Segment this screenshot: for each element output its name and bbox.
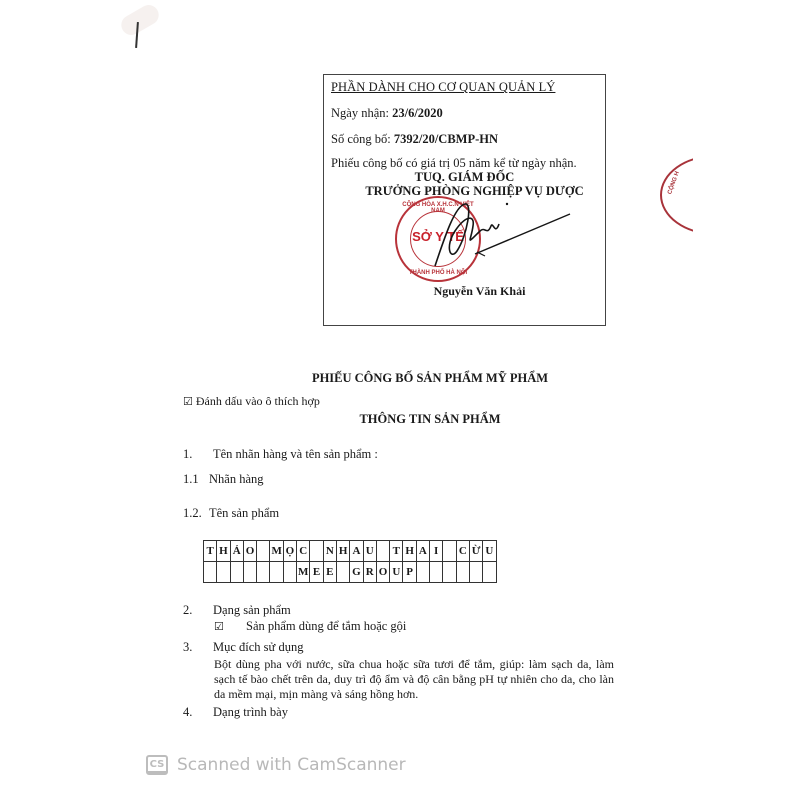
grid-cell: E xyxy=(323,562,336,583)
item-number: 1.1 xyxy=(183,472,209,487)
grid-cell xyxy=(483,562,496,583)
grid-cell xyxy=(310,541,323,562)
item-3: 3.Mục đích sử dụng xyxy=(183,640,303,655)
camscanner-text: Scanned with CamScanner xyxy=(177,755,406,775)
grid-cell: A xyxy=(416,541,429,562)
validity-note: Phiếu công bố có giá trị 05 năm kể từ ng… xyxy=(331,156,577,171)
camscanner-logo-icon: CS xyxy=(146,755,168,775)
checked-box-icon: ☑ xyxy=(214,620,246,633)
grid-cell xyxy=(456,562,469,583)
received-date-value: 23/6/2020 xyxy=(392,106,443,120)
grid-cell xyxy=(443,562,456,583)
signatory-title-1: TUQ. GIÁM ĐỐC xyxy=(323,170,606,185)
grid-cell xyxy=(430,562,443,583)
admin-section-title: PHẦN DÀNH CHO CƠ QUAN QUẢN LÝ xyxy=(331,80,555,95)
item-2: 2.Dạng sản phẩm xyxy=(183,603,291,618)
purpose-text: Bột dùng pha với nước, sữa chua hoặc sữa… xyxy=(214,657,614,702)
grid-cell: U xyxy=(483,541,496,562)
grid-cell xyxy=(416,562,429,583)
item-number: 4. xyxy=(183,705,213,720)
received-date: Ngày nhận: 23/6/2020 xyxy=(331,106,443,121)
grid-cell: A xyxy=(350,541,363,562)
item-4: 4.Dạng trình bày xyxy=(183,705,288,720)
item-number: 2. xyxy=(183,603,213,618)
grid-row: THẢOMỌCNHAUTHAICỪU xyxy=(204,541,497,562)
product-type-option: ☑Sản phẩm dùng để tắm hoặc gội xyxy=(214,619,406,634)
signature-icon xyxy=(395,196,575,276)
grid-cell: O xyxy=(243,541,256,562)
grid-cell: U xyxy=(363,541,376,562)
grid-cell: Ả xyxy=(230,541,243,562)
grid-cell xyxy=(257,541,270,562)
grid-cell: H xyxy=(336,541,349,562)
item-number: 1. xyxy=(183,447,213,462)
product-name-grid: THẢOMỌCNHAUTHAICỪUMEEGROUP xyxy=(203,540,497,583)
publication-number-value: 7392/20/CBMP-HN xyxy=(394,132,498,146)
camscanner-watermark: CS Scanned with CamScanner xyxy=(146,755,406,775)
grid-cell xyxy=(204,562,217,583)
item-label: Tên nhãn hàng và tên sản phẩm : xyxy=(213,447,378,461)
document-title: PHIẾU CÔNG BỐ SẢN PHẨM MỸ PHẨM xyxy=(0,371,800,386)
item-number: 1.2. xyxy=(183,506,209,521)
grid-cell xyxy=(336,562,349,583)
partial-side-stamp xyxy=(660,155,770,235)
checked-box-icon: ☑ xyxy=(183,395,193,408)
grid-cell xyxy=(243,562,256,583)
grid-cell: Ọ xyxy=(283,541,296,562)
grid-cell: C xyxy=(297,541,310,562)
grid-cell xyxy=(469,562,482,583)
item-label: Mục đích sử dụng xyxy=(213,640,303,654)
publication-number: Số công bố: 7392/20/CBMP-HN xyxy=(331,132,498,147)
paper-smudge xyxy=(118,1,163,38)
grid-cell: H xyxy=(403,541,416,562)
grid-cell xyxy=(217,562,230,583)
received-date-label: Ngày nhận: xyxy=(331,106,389,120)
grid-cell: G xyxy=(350,562,363,583)
grid-cell: H xyxy=(217,541,230,562)
grid-cell: E xyxy=(310,562,323,583)
grid-cell: O xyxy=(376,562,389,583)
grid-cell: P xyxy=(403,562,416,583)
grid-cell xyxy=(257,562,270,583)
grid-cell: R xyxy=(363,562,376,583)
item-label: Dạng sản phẩm xyxy=(213,603,291,617)
signer-name: Nguyễn Văn Khải xyxy=(323,284,606,299)
grid-cell: U xyxy=(390,562,403,583)
check-instruction: ☑ Đánh dấu vào ô thích hợp xyxy=(183,394,320,409)
grid-cell: I xyxy=(430,541,443,562)
item-label: Tên sản phẩm xyxy=(209,506,279,520)
item-1-1: 1.1Nhãn hàng xyxy=(183,472,264,487)
item-1: 1.Tên nhãn hàng và tên sản phẩm : xyxy=(183,447,378,462)
grid-cell: T xyxy=(390,541,403,562)
grid-cell xyxy=(270,562,283,583)
product-type-option-label: Sản phẩm dùng để tắm hoặc gội xyxy=(246,619,406,633)
check-instruction-text: Đánh dấu vào ô thích hợp xyxy=(196,394,320,408)
grid-cell xyxy=(230,562,243,583)
item-label: Dạng trình bày xyxy=(213,705,288,719)
grid-cell: T xyxy=(204,541,217,562)
item-1-2: 1.2.Tên sản phẩm xyxy=(183,506,279,521)
item-label: Nhãn hàng xyxy=(209,472,264,486)
grid-cell: N xyxy=(323,541,336,562)
publication-number-label: Số công bố: xyxy=(331,132,391,146)
grid-cell xyxy=(283,562,296,583)
item-number: 3. xyxy=(183,640,213,655)
pen-mark xyxy=(135,22,139,48)
grid-cell: M xyxy=(297,562,310,583)
grid-cell xyxy=(376,541,389,562)
grid-cell: C xyxy=(456,541,469,562)
grid-cell: M xyxy=(270,541,283,562)
grid-cell: Ừ xyxy=(469,541,482,562)
section-title: THÔNG TIN SẢN PHẨM xyxy=(0,412,800,427)
grid-cell xyxy=(443,541,456,562)
grid-row: MEEGROUP xyxy=(204,562,497,583)
